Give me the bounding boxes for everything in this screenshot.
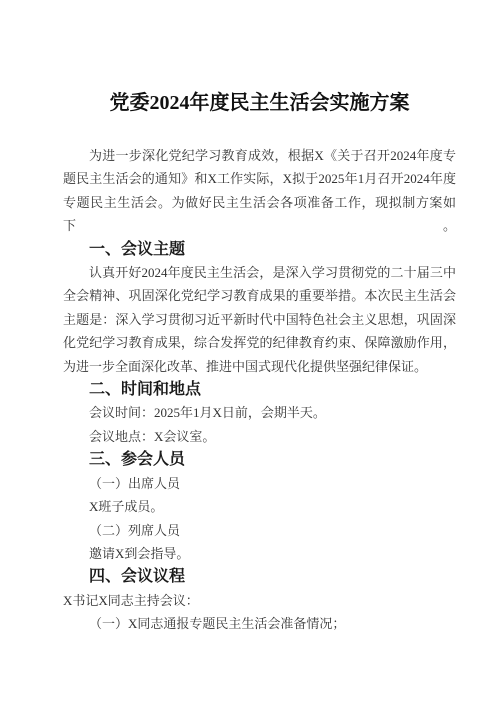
- body-line: 会议时间：2025年1月X日前，会期半天。: [63, 401, 456, 424]
- body-line: X书记X同志主持会议：: [63, 589, 456, 612]
- section-heading: 二、时间和地点: [63, 378, 456, 401]
- body-line: （二）列席人员: [63, 519, 456, 542]
- document-page: 党委2024年度民主生活会实施方案 为进一步深化党纪学习教育成效，根据X《关于召…: [0, 0, 500, 707]
- body-line: 主题是：深入学习贯彻习近平新时代中国特色社会主义思想，巩固深: [63, 308, 456, 331]
- section-heading: 四、会议议程: [63, 565, 456, 588]
- body-line: 全会精神、巩固深化党纪学习教育成果的重要举措。本次民主生活会: [63, 284, 456, 307]
- body-line: 化党纪学习教育成果，综合发挥党的纪律教育约束、保障激励作用，: [63, 331, 456, 354]
- document-body: 为进一步深化党纪学习教育成效，根据X《关于召开2024年度专题民主生活会的通知》…: [63, 144, 456, 636]
- body-line: 认真开好2024年度民主生活会，是深入学习贯彻党的二十届三中: [63, 261, 456, 284]
- body-line: 为进一步深化党纪学习教育成效，根据X《关于召开2024年度专: [63, 144, 456, 167]
- body-line: 题民主生活会的通知》和X工作实际，X拟于2025年1月召开2024年度: [63, 167, 456, 190]
- body-line: （一）X同志通报专题民主生活会准备情况；: [63, 612, 456, 635]
- body-line: （一）出席人员: [63, 472, 456, 495]
- body-line: 为进一步全面深化改革、推进中国式现代化提供坚强纪律保证。: [63, 355, 456, 378]
- body-line: 邀请X到会指导。: [63, 542, 456, 565]
- section-heading: 三、参会人员: [63, 448, 456, 471]
- body-line: X班子成员。: [63, 495, 456, 518]
- document-title: 党委2024年度民主生活会实施方案: [63, 88, 456, 118]
- body-line: 会议地点：X会议室。: [63, 425, 456, 448]
- section-heading: 一、会议主题: [63, 238, 456, 261]
- body-line: 专题民主生活会。为做好民主生活会各项准备工作，现拟制方案如下。: [63, 191, 456, 238]
